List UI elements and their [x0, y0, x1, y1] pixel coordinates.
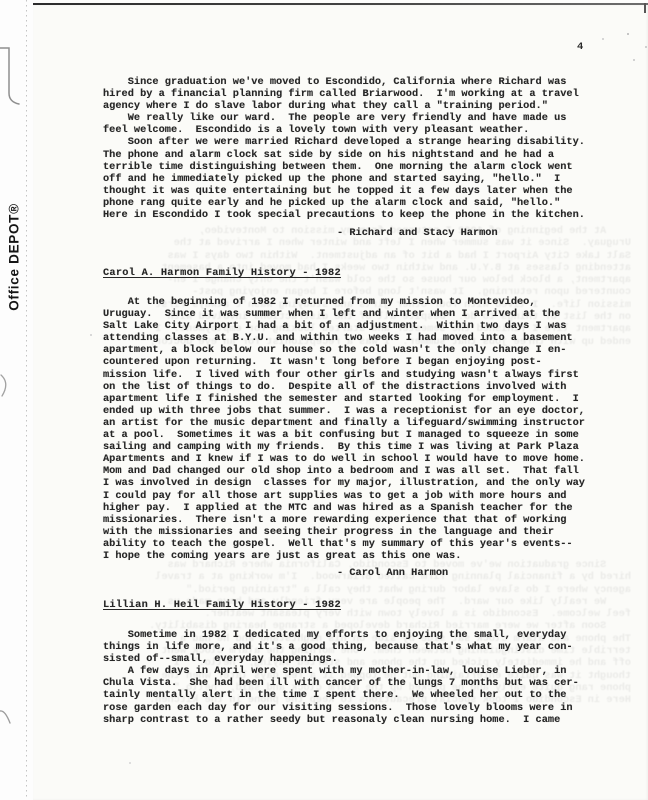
binder-ring-icon [0, 374, 16, 400]
heading-carol-harmon: Carol A. Harmon Family History - 1982 [103, 267, 341, 279]
paper-corner-tick [644, 3, 646, 13]
signature-richard-stacy: - Richard and Stacy Harmon [337, 227, 498, 239]
paper-top-edge-line [33, 3, 648, 5]
signature-carol-harmon: - Carol Ann Harmon [337, 567, 448, 579]
paragraph-richard-stacy: Since graduation we've moved to Escondid… [103, 76, 585, 221]
scan-speck-noise [33, 5, 35, 7]
heading-lillian-heil: Lillian H. Heil Family History - 1982 [103, 599, 341, 611]
paragraph-lillian-heil: Sometime in 1982 I dedicated my efforts … [103, 629, 579, 726]
office-depot-logo: Office DEPOT® [7, 203, 22, 311]
sleeve-perforation-line [26, 0, 27, 800]
binder-ring-icon [0, 41, 24, 111]
page-number: 4 [577, 41, 583, 53]
sheet-protector-strip [0, 0, 33, 800]
scanned-document-page: Office DEPOT® At the beginning of 1982 I… [0, 0, 648, 800]
paper-sheet: At the beginning of 1982 I returned from… [33, 5, 648, 800]
paragraph-carol-harmon: At the beginning of 1982 I returned from… [103, 296, 585, 562]
binder-ring-icon [0, 707, 16, 729]
